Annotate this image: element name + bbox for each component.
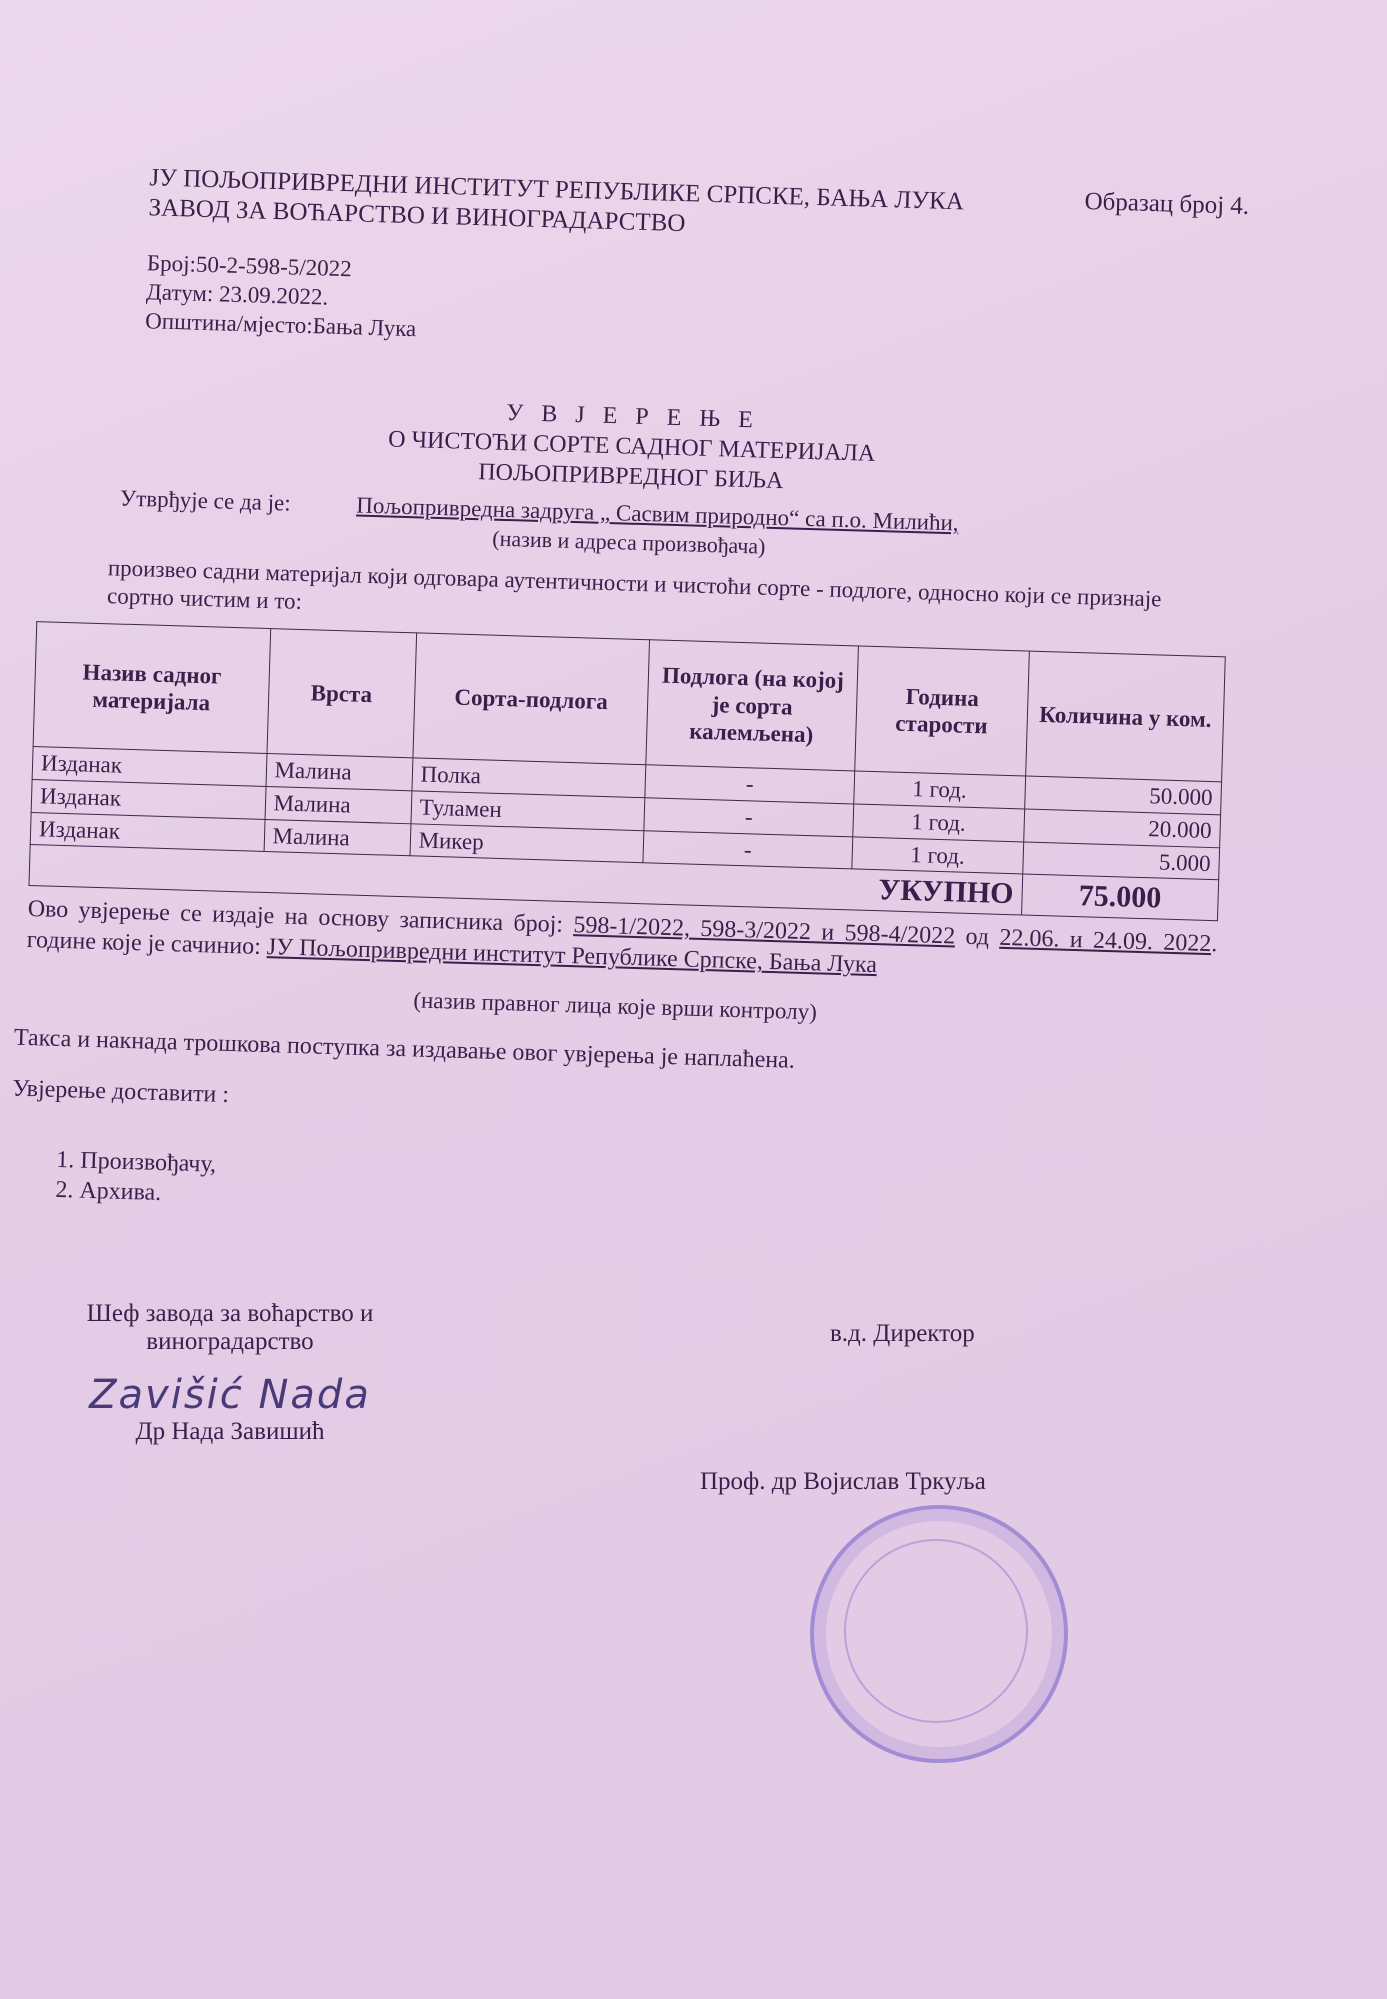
material-table: Назив садног материјала Врста Сорта-подл…: [28, 622, 1225, 922]
col-header: Година старости: [855, 646, 1030, 776]
handwritten-signature: Zavišić Nada: [60, 1372, 400, 1418]
cell-age: 1 год.: [853, 804, 1025, 842]
left-role: Шеф завода за воћарство и: [60, 1300, 400, 1328]
left-signature-block: Шеф завода за воћарство и виноградарство…: [60, 1300, 400, 1446]
delivery-label: Увјерење доставити :: [12, 1075, 1212, 1139]
document-page: Образац број 4. ЈУ ПОЉОПРИВРЕДНИ ИНСТИТУ…: [0, 0, 1387, 1999]
left-role-2: виноградарство: [60, 1328, 400, 1356]
left-signer-name: Др Нада Завишић: [60, 1418, 400, 1446]
col-header: Назив садног материјала: [33, 622, 270, 754]
record-dates: 22.06. и 24.09. 2022: [999, 925, 1212, 957]
fee-note: Такса и накнада трошкова поступка за изд…: [14, 1024, 1214, 1088]
cell-type: Малина: [265, 786, 412, 823]
col-header: Врста: [267, 629, 417, 758]
total-value: 75.000: [1021, 874, 1218, 921]
cell-age: 1 год.: [854, 771, 1026, 809]
cell-type: Малина: [266, 754, 413, 791]
certificate: Образац број 4. ЈУ ПОЉОПРИВРЕДНИ ИНСТИТУ…: [9, 160, 1239, 1239]
producer-label: Утврђује се да је:: [120, 486, 291, 516]
form-number: Образац број 4.: [1084, 187, 1249, 222]
cell-type: Малина: [264, 819, 411, 856]
col-header: Количина у ком.: [1026, 651, 1226, 782]
col-header: Сорта-подлога: [413, 633, 650, 765]
date-prefix: од: [965, 924, 989, 951]
document-meta: Број:50-2-598-5/2022 Датум: 23.09.2022. …: [145, 249, 1237, 368]
right-signer-name: Проф. др Војислав Тркуља: [700, 1468, 1060, 1496]
col-header: Подлога (на којој је сорта калемљена): [646, 640, 858, 771]
institution-header: ЈУ ПОЉОПРИВРЕДНИ ИНСТИТУТ РЕПУБЛИКЕ СРПС…: [148, 163, 1239, 255]
official-stamp-icon: [810, 1505, 1068, 1763]
right-signature-block: в.д. Директор Проф. др Војислав Тркуља: [700, 1320, 1060, 1496]
delivery-list: Произвођачу, Архива.: [49, 1145, 1210, 1239]
right-role: в.д. Директор: [830, 1320, 1060, 1348]
cell-age: 1 год.: [852, 837, 1024, 875]
